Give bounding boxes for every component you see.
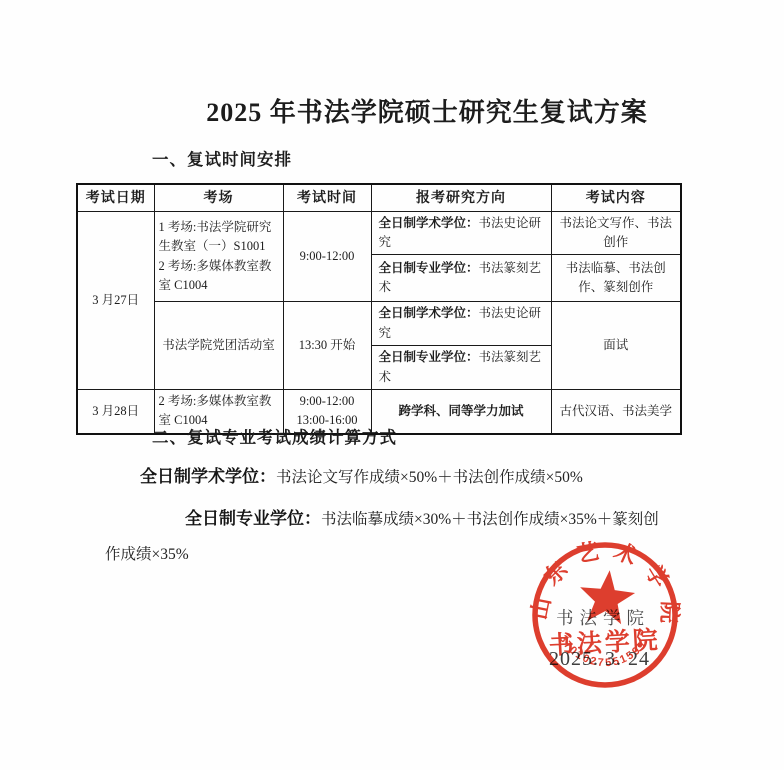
header-exam-date: 考试日期 [77, 184, 154, 211]
table-row: 3 月27日 1 考场:书法学院研究生教室（一）S1001 2 考场:多媒体教室… [77, 211, 681, 255]
star-icon [577, 567, 637, 625]
cell-date-mar27: 3 月27日 [77, 211, 154, 389]
exam-schedule-table: 考试日期 考场 考试时间 报考研究方向 考试内容 3 月27日 1 考场:书法学… [76, 183, 682, 435]
academic-score-formula: 全日制学术学位：书法论文写作成绩×50%＋书法创作成绩×50% [105, 459, 705, 495]
degree-label: 全日制学术学位： [379, 216, 479, 230]
cell-content-academic: 书法论文写作、书法创作 [551, 211, 681, 255]
cell-venue-afternoon: 书法学院党团活动室 [154, 302, 283, 390]
cell-direction-professional-interview: 全日制专业学位：书法篆刻艺术 [371, 346, 551, 390]
academic-degree-label: 全日制学术学位： [140, 467, 276, 486]
professional-formula-line1: 书法临摹成绩×30%＋书法创作成绩×35%＋篆刻创 [321, 511, 659, 528]
degree-label: 全日制专业学位： [379, 350, 479, 364]
cell-date-mar28: 3 月28日 [77, 389, 154, 433]
cell-time-afternoon: 13:30 开始 [283, 302, 371, 390]
section-1-heading: 一、复试时间安排 [152, 146, 292, 170]
official-seal: 山东艺术学院 书法学院 3701027551599 [525, 535, 685, 695]
section-2-heading: 二、复试专业考试成绩计算方式 [152, 424, 397, 448]
header-exam-content: 考试内容 [551, 184, 681, 211]
cell-time-morning: 9:00-12:00 [283, 211, 371, 302]
cell-content-professional: 书法临摹、书法创作、篆刻创作 [551, 255, 681, 302]
table-row: 书法学院党团活动室 13:30 开始 全日制学术学位：书法史论研究 面试 [77, 302, 681, 346]
cell-content-interview: 面试 [551, 302, 681, 390]
cell-direction-academic-interview: 全日制学术学位：书法史论研究 [371, 302, 551, 346]
cell-direction-professional-written: 全日制专业学位：书法篆刻艺术 [371, 255, 551, 302]
table-header-row: 考试日期 考场 考试时间 报考研究方向 考试内容 [77, 184, 681, 211]
academic-formula-text: 书法论文写作成绩×50%＋书法创作成绩×50% [276, 469, 583, 486]
cell-venue-morning: 1 考场:书法学院研究生教室（一）S1001 2 考场:多媒体教室教室 C100… [154, 211, 283, 302]
degree-label: 全日制专业学位： [379, 261, 479, 275]
cell-content-mar28: 古代汉语、书法美学 [551, 389, 681, 433]
page-title: 2025 年书法学院硕士研究生复试方案 [0, 92, 784, 129]
degree-label: 全日制学术学位： [379, 306, 479, 320]
document-page: 2025 年书法学院硕士研究生复试方案 一、复试时间安排 考试日期 考场 考试时… [0, 0, 784, 770]
professional-formula-line2: 作成绩×35% [105, 546, 189, 563]
cell-direction-academic-written: 全日制学术学位：书法史论研究 [371, 211, 551, 255]
header-exam-venue: 考场 [154, 184, 283, 211]
header-exam-time: 考试时间 [283, 184, 371, 211]
professional-degree-label: 全日制专业学位： [185, 509, 321, 528]
cell-direction-cross: 跨学科、同等学力加试 [371, 389, 551, 433]
cross-discipline-label: 跨学科、同等学力加试 [398, 404, 523, 418]
header-research-direction: 报考研究方向 [371, 184, 551, 211]
